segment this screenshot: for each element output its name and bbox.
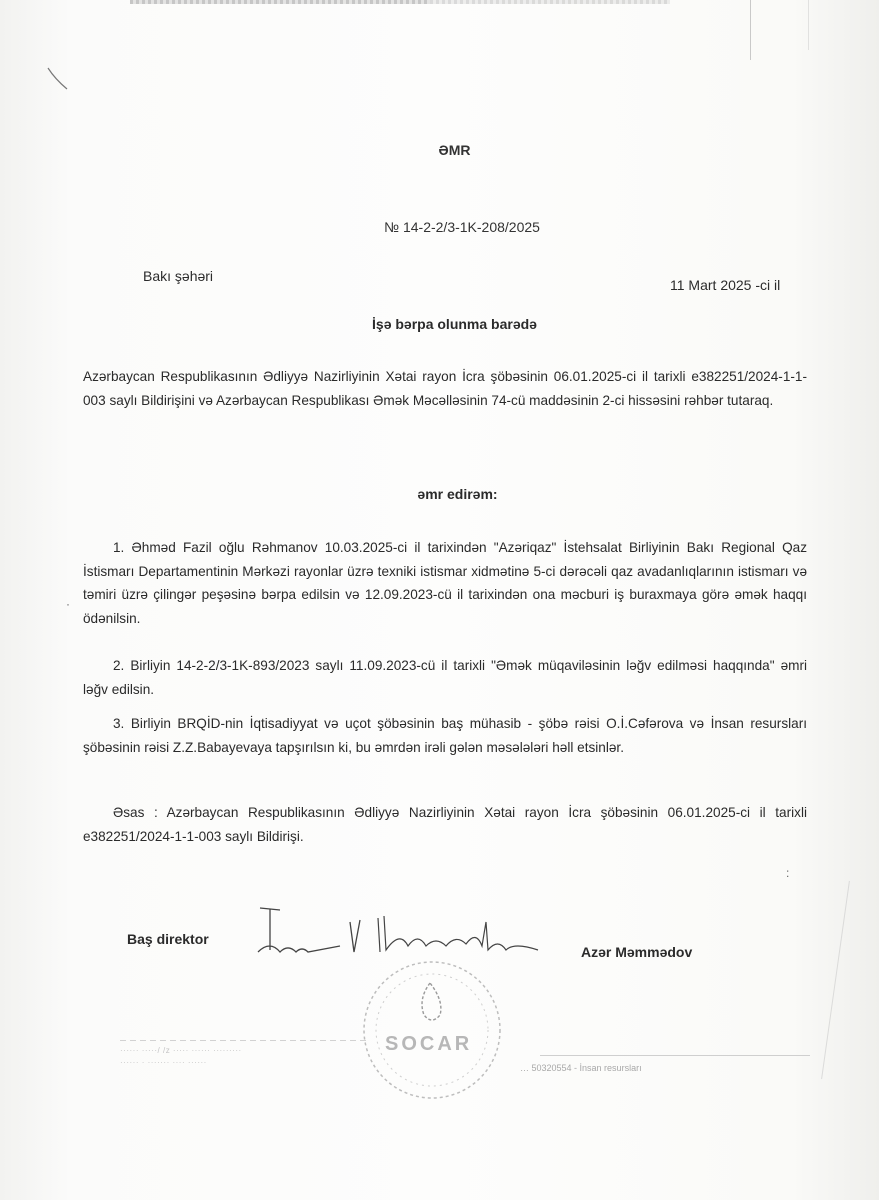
order-subject: İşə bərpa olunma barədə [0,316,879,332]
pen-mark [45,65,75,95]
scan-line-artifact [750,0,751,60]
footer-faded-text: ······ ·····/ /z ····· ······ ········· … [120,1045,242,1069]
issue-city: Bakı şəhəri [143,268,213,284]
footer-rule [540,1055,810,1056]
scan-edge-artifact [130,0,430,4]
basis-paragraph: Əsas : Azərbaycan Respublikasının Ədliyy… [83,801,807,848]
document-page: ƏMR № 14-2-2/3-1K-208/2025 Bakı şəhəri 1… [0,0,879,1200]
scan-line-artifact [821,881,850,1079]
socar-stamp [352,955,512,1105]
scan-dot: · [66,597,70,611]
footer-reference: … 50320554 - İnsan resursları [520,1063,642,1073]
issue-date: 11 Mart 2025 -ci il [670,277,780,293]
document-title: ƏMR [0,142,879,158]
flame-icon [422,983,441,1020]
signer-role: Baş direktor [127,931,209,947]
stamp-text: SOCAR [385,1033,472,1056]
footer-rule [120,1040,370,1041]
order-heading: əmr edirəm: [0,486,879,502]
order-item-3: 3. Birliyin BRQİD-nin İqtisadiyyat və uç… [83,712,807,759]
order-item-2: 2. Birliyin 14-2-2/3-1K-893/2023 saylı 1… [83,654,807,701]
scan-edge-artifact [430,0,670,4]
intro-paragraph: Azərbaycan Respublikasının Ədliyyə Nazir… [83,365,807,412]
scan-line-artifact [808,0,809,50]
scan-dot: : [786,866,789,880]
order-item-1: 1. Əhməd Fazil oğlu Rəhmanov 10.03.2025-… [83,536,807,630]
signer-name: Azər Məmmədov [581,944,692,960]
order-number: № 14-2-2/3-1K-208/2025 [0,219,879,235]
